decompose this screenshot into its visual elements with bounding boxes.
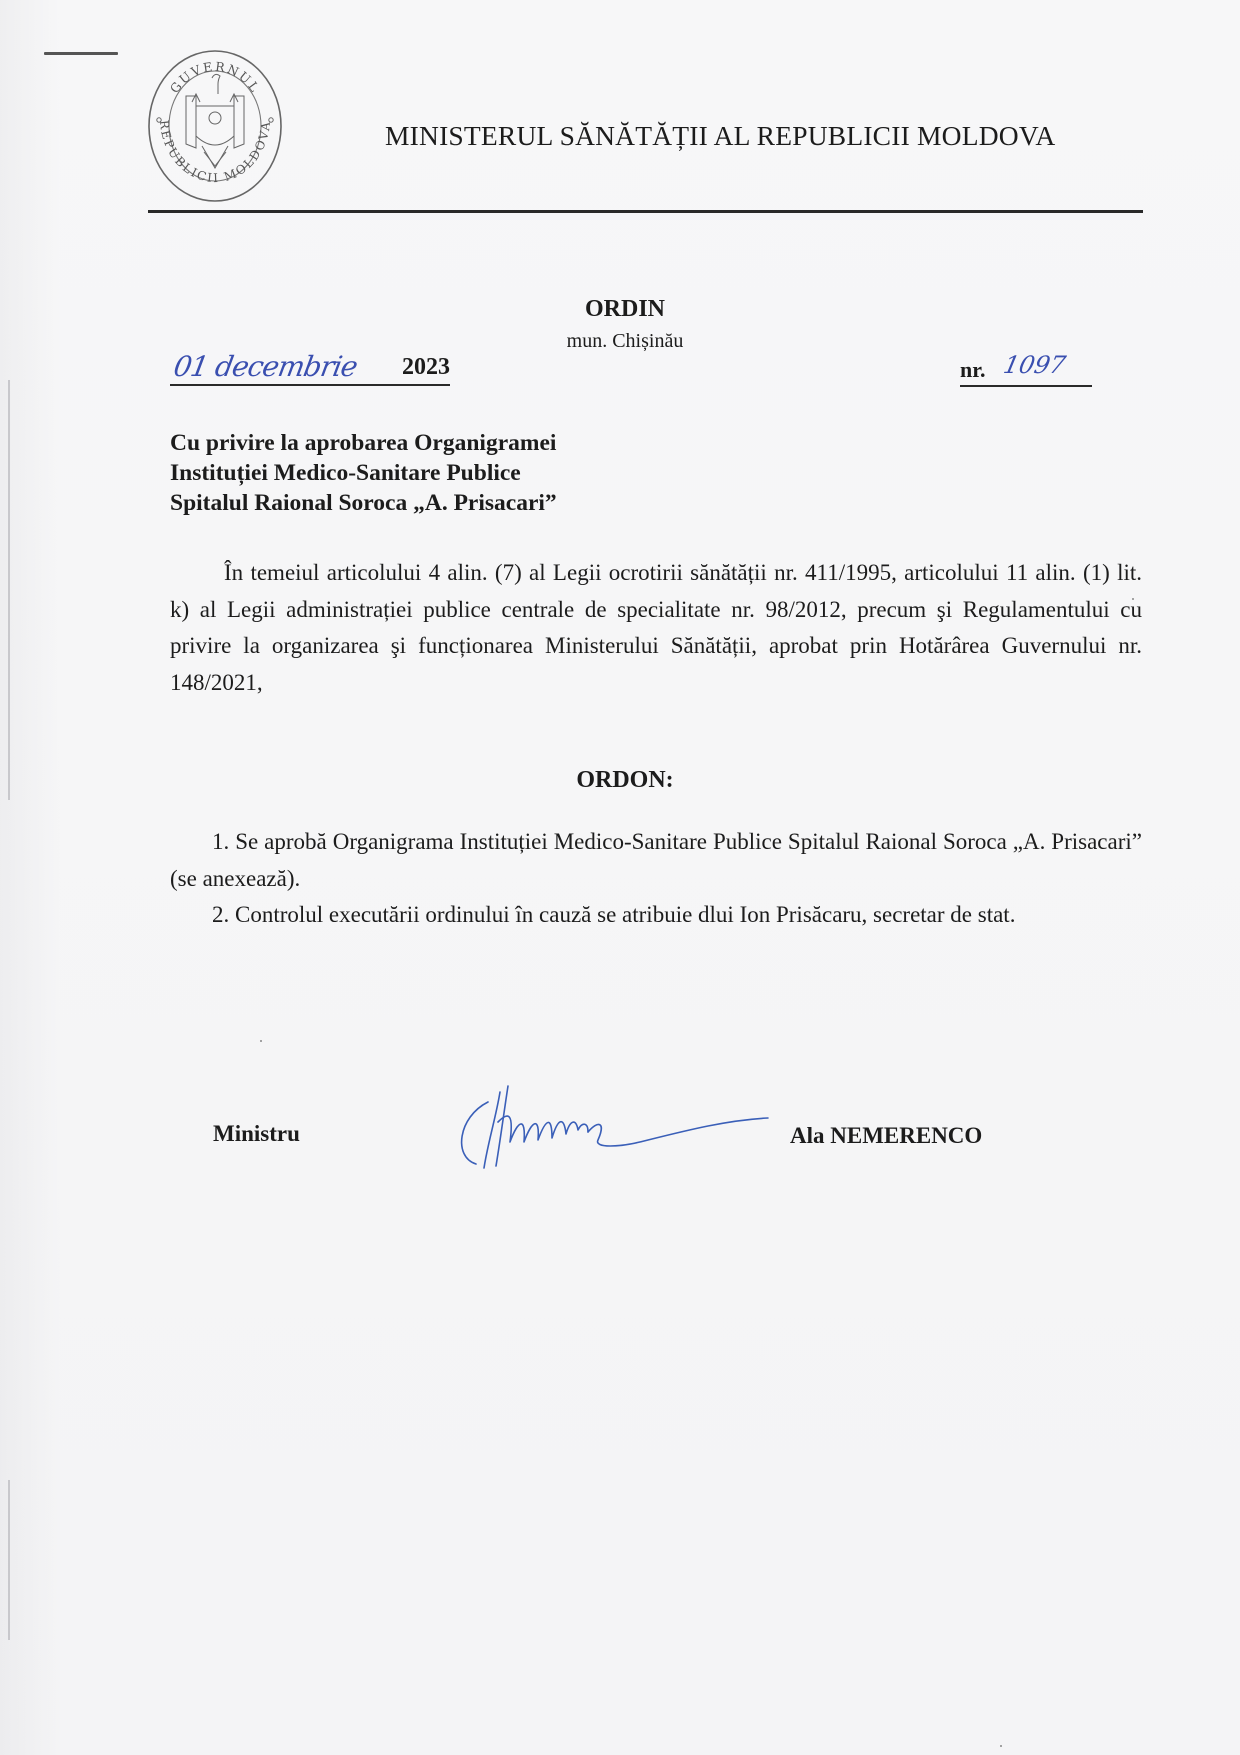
header-divider <box>148 210 1143 213</box>
order-number: nr. 1097 <box>960 355 1092 387</box>
state-emblem-seal-icon: GUVERNUL REPUBLICII MOLDOVA <box>146 48 284 204</box>
order-date: 01 decembrie 2023 <box>170 350 450 386</box>
document-title: ORDIN <box>0 296 1240 323</box>
svg-text:GUVERNUL: GUVERNUL <box>167 59 264 96</box>
signatory-name: Ala NEMERENCO <box>790 1123 982 1149</box>
corner-scan-mark <box>44 52 118 55</box>
order-number-label: nr. <box>960 357 985 383</box>
handwritten-signature-icon <box>448 1082 788 1172</box>
handwritten-order-number: 1097 <box>1001 351 1068 379</box>
order-subject: Cu privire la aprobarea Organigramei Ins… <box>170 428 690 518</box>
ministry-name: MINISTERUL SĂNĂTĂȚII AL REPUBLICII MOLDO… <box>385 120 1055 152</box>
scan-speck <box>1132 598 1134 600</box>
scan-speck <box>1000 1745 1002 1747</box>
order-points: 1. Se aprobă Organigrama Instituției Med… <box>170 824 1142 934</box>
order-point: 2. Controlul executării ordinului în cau… <box>170 897 1142 934</box>
subject-line: Cu privire la aprobarea Organigramei <box>170 428 690 458</box>
scan-speck <box>260 1040 262 1042</box>
preamble-paragraph: În temeiul articolului 4 alin. (7) al Le… <box>170 555 1142 701</box>
subject-line: Spitalul Raional Soroca „A. Prisacari” <box>170 488 690 518</box>
handwritten-date: 01 decembrie <box>171 350 359 383</box>
subject-line: Instituției Medico-Sanitare Publice <box>170 458 690 488</box>
order-point: 1. Se aprobă Organigrama Instituției Med… <box>170 824 1142 897</box>
edge-scan-artifact <box>8 1480 10 1640</box>
signatory-position: Ministru <box>213 1121 300 1147</box>
edge-scan-artifact <box>8 380 10 800</box>
svg-text:REPUBLICII MOLDOVA: REPUBLICII MOLDOVA <box>157 119 273 185</box>
order-year: 2023 <box>402 354 450 381</box>
ordon-heading: ORDON: <box>0 767 1240 794</box>
